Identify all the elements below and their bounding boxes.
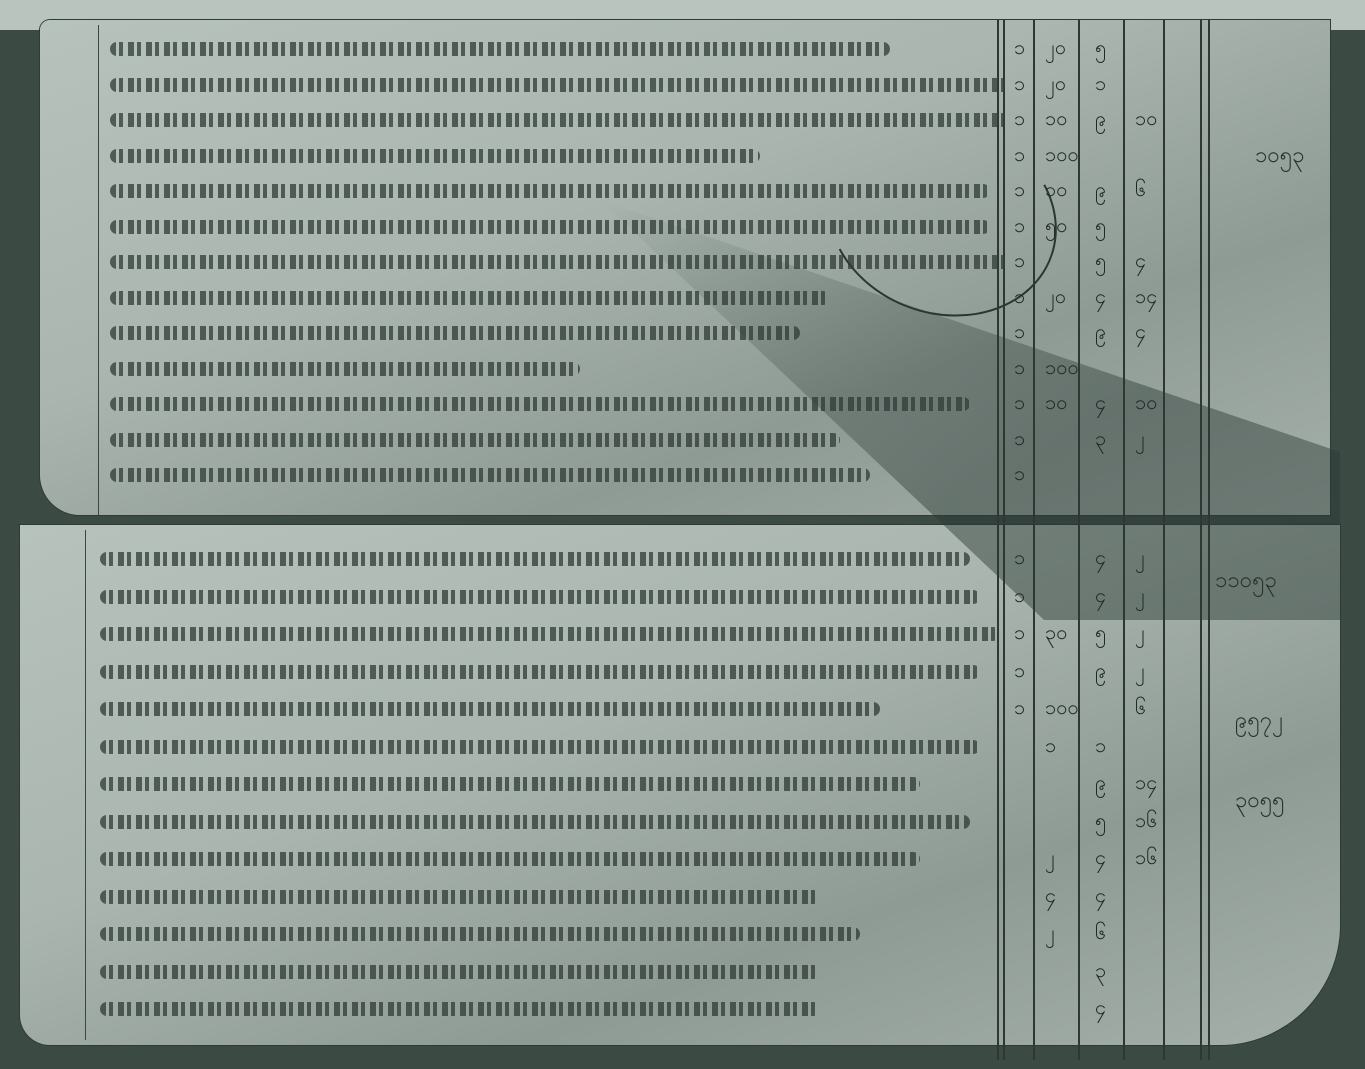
numeral-cell-c4: ၁၆ — [1135, 807, 1158, 837]
manuscript-text-line — [110, 42, 890, 56]
manuscript-text-line — [100, 1002, 820, 1016]
numeral-cell-c2: ၂၀ — [1045, 283, 1066, 313]
manuscript-text-line — [100, 590, 980, 604]
numeral-cell-c3: ၄ — [1095, 544, 1106, 574]
numeral-cell-c2: ၂ — [1045, 919, 1055, 949]
numeral-cell-c1: ၁ — [1014, 247, 1025, 277]
manuscript-text-line — [100, 627, 1000, 641]
numeral-cell-c1: ၁ — [1014, 283, 1025, 313]
numeral-cell-c2: ၁၀ — [1045, 389, 1068, 419]
numeral-cell-c1: ၁ — [1014, 460, 1025, 490]
manuscript-text-line — [110, 433, 840, 447]
column-rule — [1163, 20, 1165, 1060]
numeral-cell-c2: ၁၀၀ — [1045, 354, 1079, 384]
numeral-cell-c3: ၄ — [1095, 994, 1106, 1024]
numeral-cell-c4: ၄ — [1135, 247, 1146, 277]
numeral-cell-c1: ၁ — [1014, 425, 1025, 455]
numeral-cell-c3: ၃ — [1095, 425, 1106, 455]
numeral-cell-c3: ၉ — [1095, 105, 1106, 135]
numeral-cell-c2: ၁၀ — [1045, 176, 1068, 206]
manuscript-text-line — [110, 362, 580, 376]
manuscript-text-line — [100, 665, 980, 679]
numeral-cell-c1: ၁ — [1014, 619, 1025, 649]
numeral-cell-c4: ၂ — [1135, 425, 1145, 455]
numeral-cell-c2: ၄ — [1045, 882, 1056, 912]
manuscript-text-line — [100, 740, 980, 754]
numeral-cell-c4: ၆ — [1135, 176, 1146, 206]
numeral-cell-c4: ၂ — [1135, 582, 1145, 612]
numeral-cell-c4: ၁၄ — [1135, 769, 1158, 799]
numeral-cell-c4: ၁၀ — [1135, 105, 1158, 135]
manuscript-text-line — [110, 291, 830, 305]
numeral-cell-c3: ၉ — [1095, 318, 1106, 348]
column-rule — [1123, 20, 1125, 1060]
numeral-cell-c2: ၂၀ — [1045, 70, 1066, 100]
numeral-cell-c3: ၉ — [1095, 769, 1106, 799]
numeral-cell-c3: ၅ — [1095, 34, 1106, 64]
numeral-cell-c1: ၁ — [1014, 582, 1025, 612]
numeral-cell-c1: ၁ — [1014, 34, 1025, 64]
numeral-cell-c4: ၄ — [1135, 318, 1146, 348]
numeral-cell-c2: ၁ — [1045, 732, 1056, 762]
manuscript-text-line — [110, 397, 970, 411]
numeral-cell-c1: ၁ — [1014, 318, 1025, 348]
column-rule — [1208, 20, 1210, 1060]
manuscript-text-line — [100, 890, 820, 904]
numeral-cell-c1: ၁ — [1014, 176, 1025, 206]
numeral-cell-c4: ၂ — [1135, 619, 1145, 649]
numeral-cell-c1: ၁ — [1014, 141, 1025, 171]
numeral-cell-c2: ၅၀ — [1045, 212, 1068, 242]
numeral-cell-c1: ၁ — [1014, 544, 1025, 574]
manuscript-text-line — [100, 552, 970, 566]
column-rule — [1078, 20, 1080, 1060]
numeral-cell-c3: ၅ — [1095, 807, 1106, 837]
numeral-cell-c3: ၁ — [1095, 732, 1106, 762]
manuscript-text-line — [100, 852, 920, 866]
left-margin-rule-bottom — [85, 530, 86, 1040]
numeral-cell-c1: ၁ — [1014, 389, 1025, 419]
numeral-cell-c4: ၂ — [1135, 657, 1145, 687]
numeral-cell-c4: ၁၆ — [1135, 844, 1158, 874]
margin-note-top: ၁၀၅၃ — [1255, 140, 1305, 173]
column-rule — [1200, 20, 1202, 1060]
numeral-cell-c2: ၁၀၀ — [1045, 694, 1079, 724]
manuscript-text-line — [100, 815, 970, 829]
manuscript-text-line — [110, 255, 1010, 269]
manuscript-text-line — [100, 927, 860, 941]
numeral-cell-c3: ၄ — [1095, 389, 1106, 419]
manuscript-text-line — [110, 468, 870, 482]
numeral-cell-c2: ၁၀ — [1045, 105, 1068, 135]
manuscript-text-line — [110, 326, 800, 340]
numeral-cell-c2: ၂ — [1045, 844, 1055, 874]
left-margin-rule-top — [98, 25, 99, 515]
numeral-cell-c1: ၁ — [1014, 70, 1025, 100]
numeral-cell-c4: ၆ — [1135, 694, 1146, 724]
numeral-cell-c2: ၁၀၀ — [1045, 141, 1079, 171]
numeral-cell-c1: ၁ — [1014, 105, 1025, 135]
numeral-cell-c3: ၄ — [1095, 844, 1106, 874]
numeral-cell-c3: ၁ — [1095, 70, 1106, 100]
manuscript-text-line — [110, 220, 990, 234]
manuscript-text-line — [110, 113, 1010, 127]
margin-note-bottom-3: ၃၀၅၅ — [1235, 785, 1285, 818]
manuscript-text-line — [100, 777, 920, 791]
numeral-cell-c3: ၉ — [1095, 657, 1106, 687]
manuscript-text-line — [100, 702, 880, 716]
numeral-cell-c1: ၁ — [1014, 212, 1025, 242]
margin-note-bottom-1: ၁၁၀၅၃ — [1215, 565, 1277, 598]
numeral-cell-c1: ၁ — [1014, 354, 1025, 384]
numeral-cell-c1: ၁ — [1014, 657, 1025, 687]
numeral-cell-c1: ၁ — [1014, 694, 1025, 724]
numeral-cell-c2: ၃၀ — [1045, 619, 1068, 649]
numeral-cell-c3: ၄ — [1095, 582, 1106, 612]
margin-note-bottom-2: ၉၅၇၂ — [1235, 705, 1283, 738]
numeral-cell-c3: ၄ — [1095, 882, 1106, 912]
numeral-cell-c3: ၅ — [1095, 212, 1106, 242]
numeral-cell-c3: ၃ — [1095, 957, 1106, 987]
manuscript-text-line — [110, 149, 760, 163]
numeral-cell-c2: ၂၀ — [1045, 34, 1066, 64]
manuscript-text-line — [100, 965, 820, 979]
numeral-cell-c3: ၅ — [1095, 619, 1106, 649]
manuscript-text-line — [110, 184, 990, 198]
numeral-cell-c4: ၂ — [1135, 544, 1145, 574]
numeral-cell-c4: ၁၀ — [1135, 389, 1158, 419]
numeral-cell-c3: ၅ — [1095, 247, 1106, 277]
numeral-cell-c3: ၆ — [1095, 919, 1106, 949]
numeral-cell-c3: ၄ — [1095, 283, 1106, 313]
numeral-cell-c4: ၁၄ — [1135, 283, 1158, 313]
numeral-cell-c3: ၉ — [1095, 176, 1106, 206]
manuscript-text-line — [110, 78, 1010, 92]
